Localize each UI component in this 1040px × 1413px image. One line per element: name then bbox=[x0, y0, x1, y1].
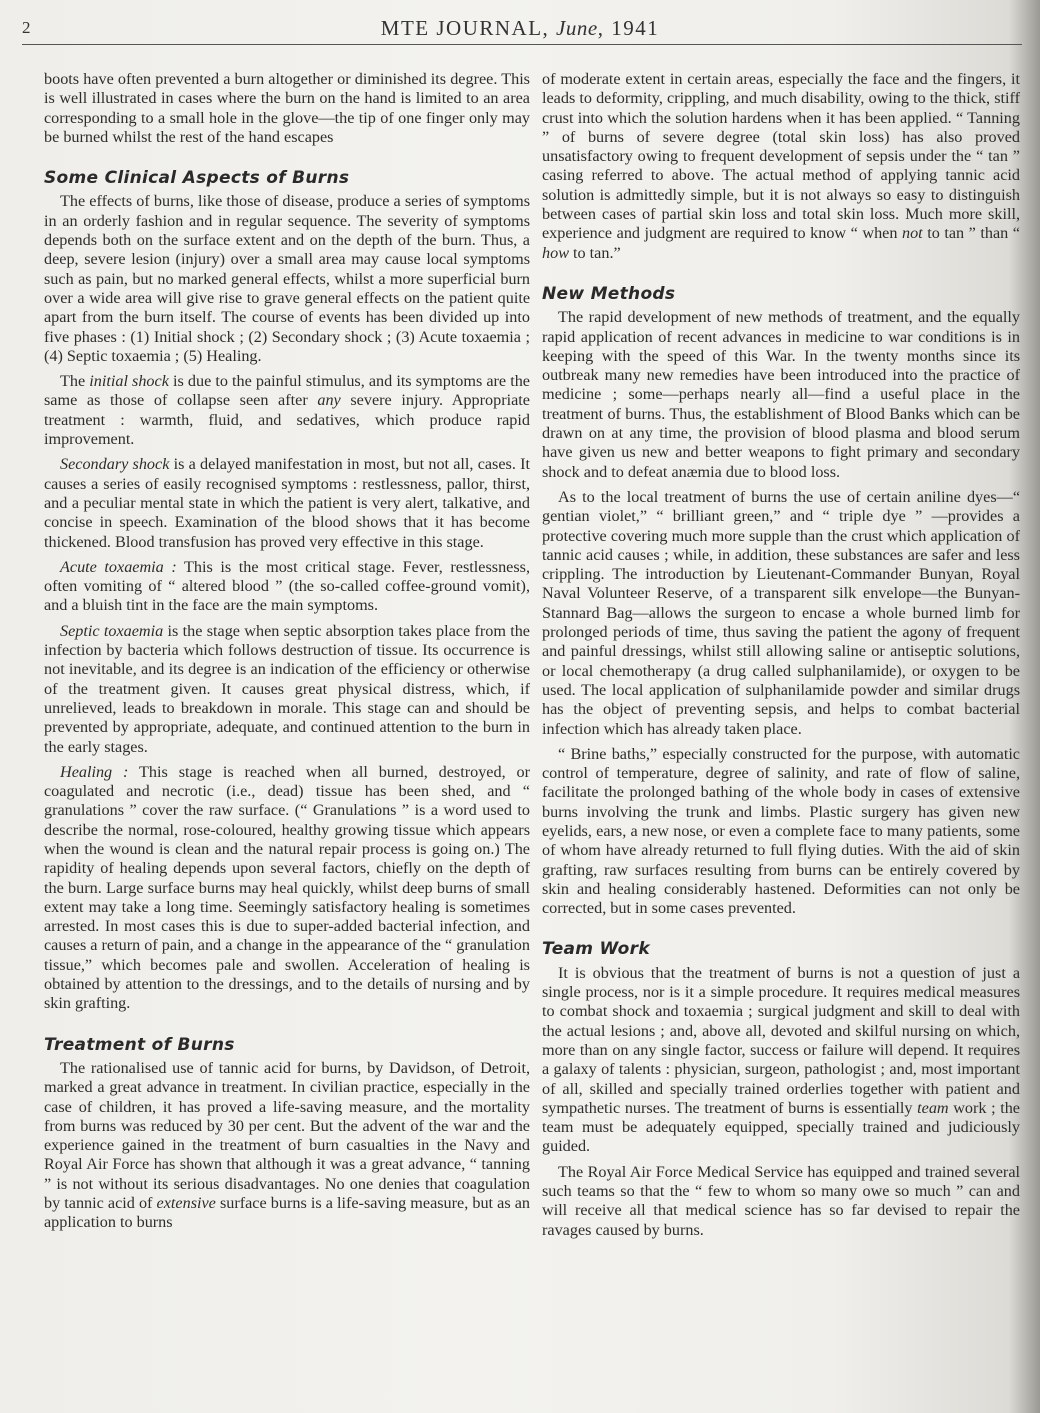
continuation-paragraph: of moderate extent in certain areas, esp… bbox=[542, 70, 1020, 263]
header-rule bbox=[22, 44, 1022, 45]
paragraph-septic-toxaemia: Septic toxaemia is the stage when septic… bbox=[44, 622, 530, 757]
page-header: 2 MTE JOURNAL, June, 1941 bbox=[0, 0, 1040, 50]
intro-paragraph: boots have often prevented a burn altoge… bbox=[44, 70, 530, 147]
term-initial-shock: initial shock bbox=[89, 372, 169, 390]
text: to tan.” bbox=[569, 244, 621, 262]
paragraph-tannic-acid: The rationalised use of tannic acid for … bbox=[44, 1059, 530, 1233]
text: is the stage when septic absorption take… bbox=[44, 622, 530, 756]
emphasis: how bbox=[542, 244, 569, 262]
issue-month: June bbox=[556, 16, 598, 40]
paragraph-team-work: It is obvious that the treatment of burn… bbox=[542, 964, 1020, 1157]
term-septic-toxaemia: Septic toxaemia bbox=[60, 622, 163, 640]
right-column: of moderate extent in certain areas, esp… bbox=[542, 70, 1020, 1246]
journal-title: MTE JOURNAL, June, 1941 bbox=[0, 16, 1040, 41]
emphasis: extensive bbox=[157, 1194, 216, 1212]
text: It is obvious that the treatment of burn… bbox=[542, 964, 1020, 1117]
text: The bbox=[60, 372, 89, 390]
term-acute-toxaemia: Acute toxaemia : bbox=[60, 558, 177, 576]
section-heading-treatment: Treatment of Burns bbox=[44, 1036, 530, 1055]
term-healing: Healing : bbox=[60, 763, 128, 781]
left-column: boots have often prevented a burn altoge… bbox=[44, 70, 530, 1239]
text: This stage is reached when all burned, d… bbox=[44, 763, 530, 1013]
section-heading-new-methods: New Methods bbox=[542, 285, 1020, 304]
text: The rationalised use of tannic acid for … bbox=[44, 1059, 530, 1212]
paragraph-secondary-shock: Secondary shock is a delayed manifestati… bbox=[44, 455, 530, 551]
paragraph-acute-toxaemia: Acute toxaemia : This is the most critic… bbox=[44, 558, 530, 616]
term-secondary-shock: Secondary shock bbox=[60, 455, 169, 473]
paragraph-raf-medical-service: The Royal Air Force Medical Service has … bbox=[542, 1163, 1020, 1240]
paragraph-brine-baths: “ Brine baths,” especially constructed f… bbox=[542, 745, 1020, 919]
issue-year: , 1941 bbox=[598, 16, 660, 40]
section-heading-clinical-aspects: Some Clinical Aspects of Burns bbox=[44, 169, 530, 188]
journal-name: MTE JOURNAL, bbox=[381, 16, 556, 40]
text: to tan ” than “ bbox=[923, 224, 1020, 242]
emphasis: not bbox=[902, 224, 923, 242]
paragraph-local-treatment: As to the local treatment of burns the u… bbox=[542, 488, 1020, 739]
paragraph-new-methods: The rapid development of new methods of … bbox=[542, 308, 1020, 482]
emphasis: any bbox=[317, 391, 340, 409]
paragraph-healing: Healing : This stage is reached when all… bbox=[44, 763, 530, 1014]
emphasis: team bbox=[917, 1099, 948, 1117]
paragraph-initial-shock: The initial shock is due to the painful … bbox=[44, 372, 530, 449]
text: of moderate extent in certain areas, esp… bbox=[542, 70, 1020, 242]
section-heading-team-work: Team Work bbox=[542, 940, 1020, 959]
paragraph-five-phases: The effects of burns, like those of dise… bbox=[44, 192, 530, 366]
